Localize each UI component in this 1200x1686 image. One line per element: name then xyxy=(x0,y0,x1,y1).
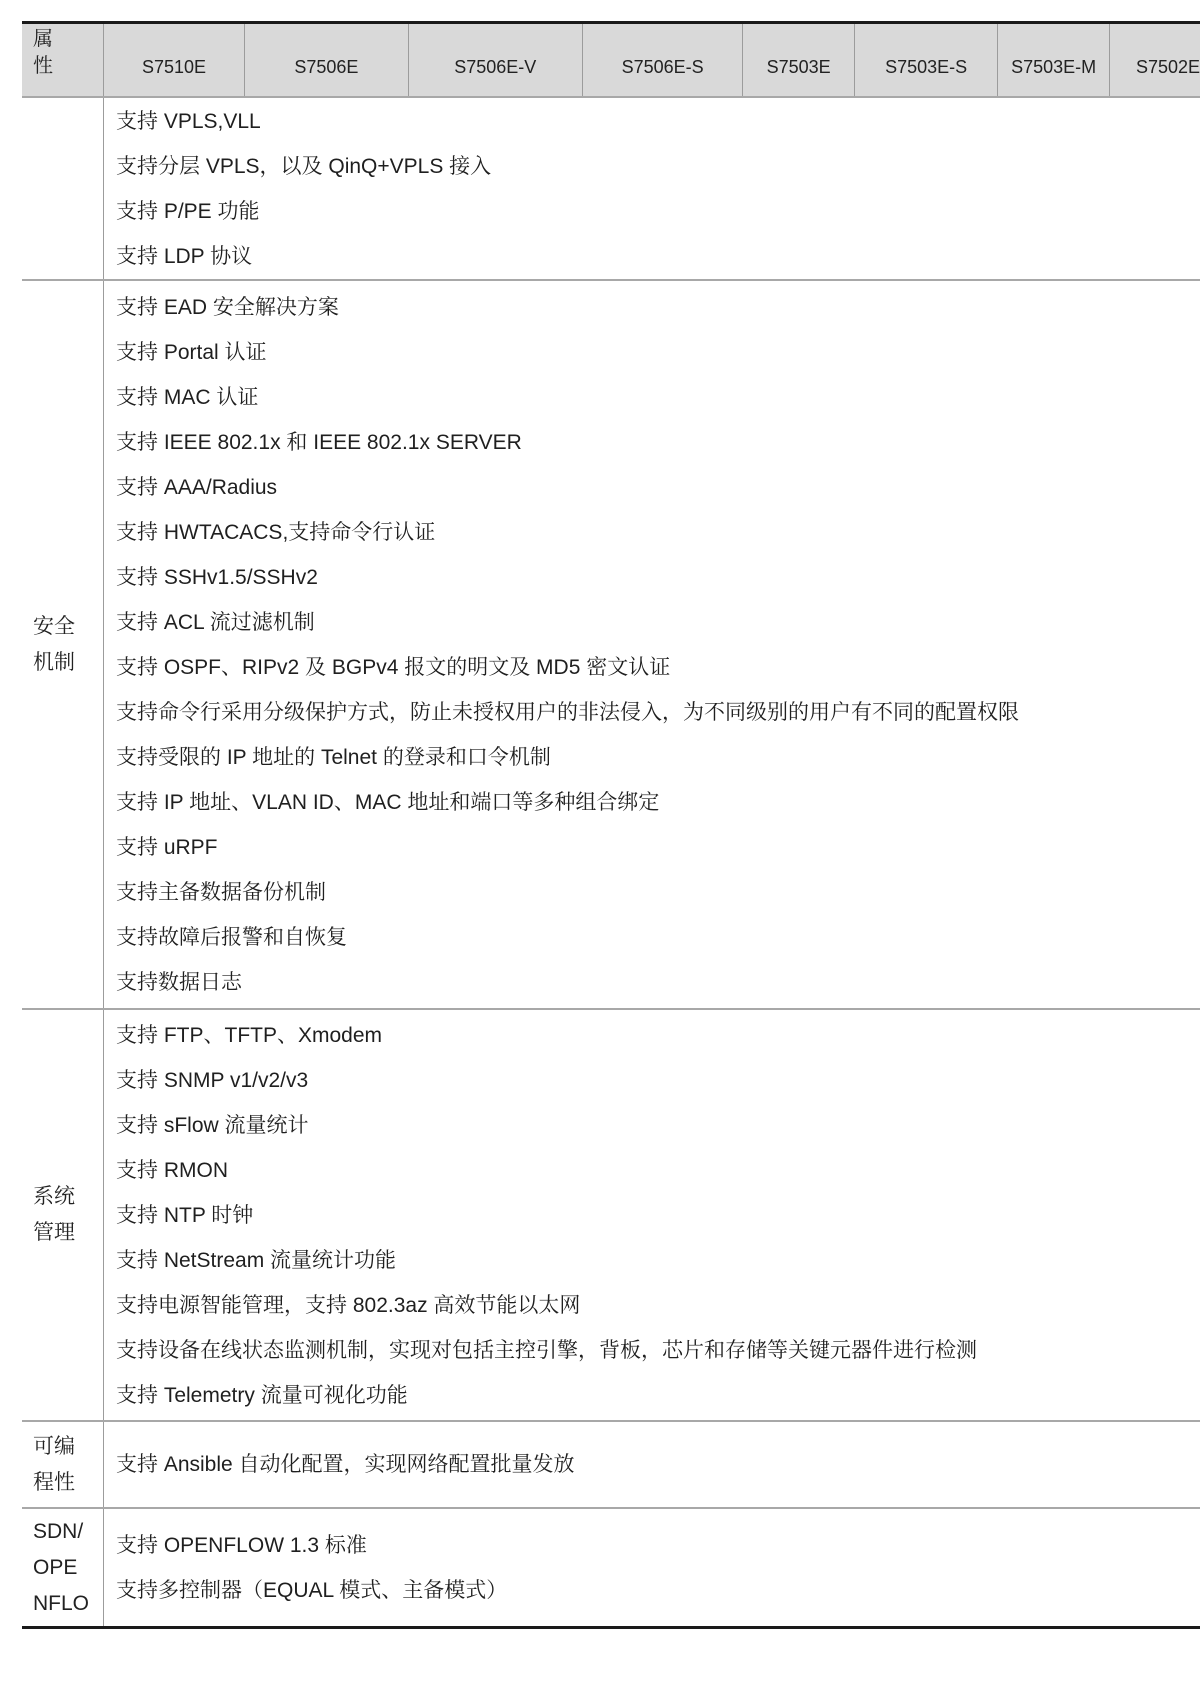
feature-item: 支持 OPENFLOW 1.3 标准 xyxy=(116,1523,1200,1568)
feature-item: 支持 Ansible 自动化配置，实现网络配置批量发放 xyxy=(116,1442,1200,1487)
section-label: 系统 管理 xyxy=(22,1010,104,1420)
section-label-line: NFLO xyxy=(33,1586,103,1622)
feature-item: 支持 sFlow 流量统计 xyxy=(116,1103,1200,1148)
feature-item: 支持 Telemetry 流量可视化功能 xyxy=(116,1373,1200,1418)
section-system-management: 系统 管理 支持 FTP、TFTP、Xmodem 支持 SNMP v1/v2/v… xyxy=(22,1010,1200,1422)
section-items: 支持 VPLS,VLL 支持分层 VPLS，以及 QinQ+VPLS 接入 支持… xyxy=(104,98,1200,279)
section-items: 支持 FTP、TFTP、Xmodem 支持 SNMP v1/v2/v3 支持 s… xyxy=(104,1010,1200,1420)
header-model-cell: S7503E-M xyxy=(998,24,1110,96)
feature-item: 支持 Portal 认证 xyxy=(116,330,1200,375)
feature-item: 支持 MAC 认证 xyxy=(116,375,1200,420)
feature-item: 支持数据日志 xyxy=(116,960,1200,1005)
header-model-cell: S7502E xyxy=(1110,24,1200,96)
feature-item: 支持 ACL 流过滤机制 xyxy=(116,600,1200,645)
feature-item: 支持 LDP 协议 xyxy=(116,234,1200,279)
feature-item: 支持 NTP 时钟 xyxy=(116,1193,1200,1238)
header-attribute-label: 属 xyxy=(33,26,53,53)
feature-item: 支持 IP 地址、VLAN ID、MAC 地址和端口等多种组合绑定 xyxy=(116,780,1200,825)
feature-item: 支持受限的 IP 地址的 Telnet 的登录和口令机制 xyxy=(116,735,1200,780)
feature-item: 支持 AAA/Radius xyxy=(116,465,1200,510)
header-model-cell: S7503E xyxy=(743,24,855,96)
header-attribute-cell: 属 性 xyxy=(22,24,104,96)
section-label-line: 管理 xyxy=(33,1215,103,1251)
section-label: SDN/ OPE NFLO xyxy=(22,1509,104,1626)
feature-item: 支持 uRPF xyxy=(116,825,1200,870)
feature-item: 支持设备在线状态监测机制，实现对包括主控引擎，背板，芯片和存储等关键元器件进行检… xyxy=(116,1328,1200,1373)
header-attribute-label: 性 xyxy=(33,53,53,80)
section-label-line: OPE xyxy=(33,1550,103,1586)
feature-spec-table: 属 性 S7510E S7506E S7506E-V S7506E-S S750… xyxy=(22,21,1200,1629)
section-programmability: 可编 程性 支持 Ansible 自动化配置，实现网络配置批量发放 xyxy=(22,1422,1200,1509)
header-model-cell: S7510E xyxy=(104,24,245,96)
section-label-line: 程性 xyxy=(33,1465,103,1501)
feature-item: 支持 OSPF、RIPv2 及 BGPv4 报文的明文及 MD5 密文认证 xyxy=(116,645,1200,690)
section-items: 支持 OPENFLOW 1.3 标准 支持多控制器（EQUAL 模式、主备模式） xyxy=(104,1509,1200,1626)
section-sdn-openflow: SDN/ OPE NFLO 支持 OPENFLOW 1.3 标准 支持多控制器（… xyxy=(22,1509,1200,1629)
feature-item: 支持故障后报警和自恢复 xyxy=(116,915,1200,960)
feature-item: 支持 FTP、TFTP、Xmodem xyxy=(116,1013,1200,1058)
section-label: 可编 程性 xyxy=(22,1422,104,1507)
section-label xyxy=(22,98,104,279)
feature-item: 支持 SNMP v1/v2/v3 xyxy=(116,1058,1200,1103)
feature-item: 支持 EAD 安全解决方案 xyxy=(116,285,1200,330)
feature-item: 支持电源智能管理，支持 802.3az 高效节能以太网 xyxy=(116,1283,1200,1328)
feature-item: 支持 RMON xyxy=(116,1148,1200,1193)
feature-item: 支持 HWTACACS,支持命令行认证 xyxy=(116,510,1200,555)
header-model-cell: S7506E-V xyxy=(409,24,583,96)
section-items: 支持 EAD 安全解决方案 支持 Portal 认证 支持 MAC 认证 支持 … xyxy=(104,281,1200,1008)
section-security: 安全 机制 支持 EAD 安全解决方案 支持 Portal 认证 支持 MAC … xyxy=(22,281,1200,1010)
table-header-row: 属 性 S7510E S7506E S7506E-V S7506E-S S750… xyxy=(22,24,1200,98)
section-label-line: 可编 xyxy=(33,1429,103,1465)
section-mpls: 支持 VPLS,VLL 支持分层 VPLS，以及 QinQ+VPLS 接入 支持… xyxy=(22,98,1200,281)
feature-item: 支持 SSHv1.5/SSHv2 xyxy=(116,555,1200,600)
section-label-line: 机制 xyxy=(33,645,103,681)
section-label-line: 安全 xyxy=(33,609,103,645)
header-model-cell: S7506E xyxy=(245,24,408,96)
section-label-line: 系统 xyxy=(33,1179,103,1215)
section-label: 安全 机制 xyxy=(22,281,104,1008)
header-model-cell: S7503E-S xyxy=(855,24,998,96)
feature-item: 支持命令行采用分级保护方式，防止未授权用户的非法侵入，为不同级别的用户有不同的配… xyxy=(116,690,1200,735)
feature-item: 支持 VPLS,VLL xyxy=(116,99,1200,144)
feature-item: 支持分层 VPLS，以及 QinQ+VPLS 接入 xyxy=(116,144,1200,189)
feature-item: 支持主备数据备份机制 xyxy=(116,870,1200,915)
feature-item: 支持 P/PE 功能 xyxy=(116,189,1200,234)
section-label-line: SDN/ xyxy=(33,1514,103,1550)
feature-item: 支持多控制器（EQUAL 模式、主备模式） xyxy=(116,1568,1200,1613)
header-model-cell: S7506E-S xyxy=(583,24,743,96)
feature-item: 支持 NetStream 流量统计功能 xyxy=(116,1238,1200,1283)
feature-item: 支持 IEEE 802.1x 和 IEEE 802.1x SERVER xyxy=(116,420,1200,465)
section-items: 支持 Ansible 自动化配置，实现网络配置批量发放 xyxy=(104,1422,1200,1507)
